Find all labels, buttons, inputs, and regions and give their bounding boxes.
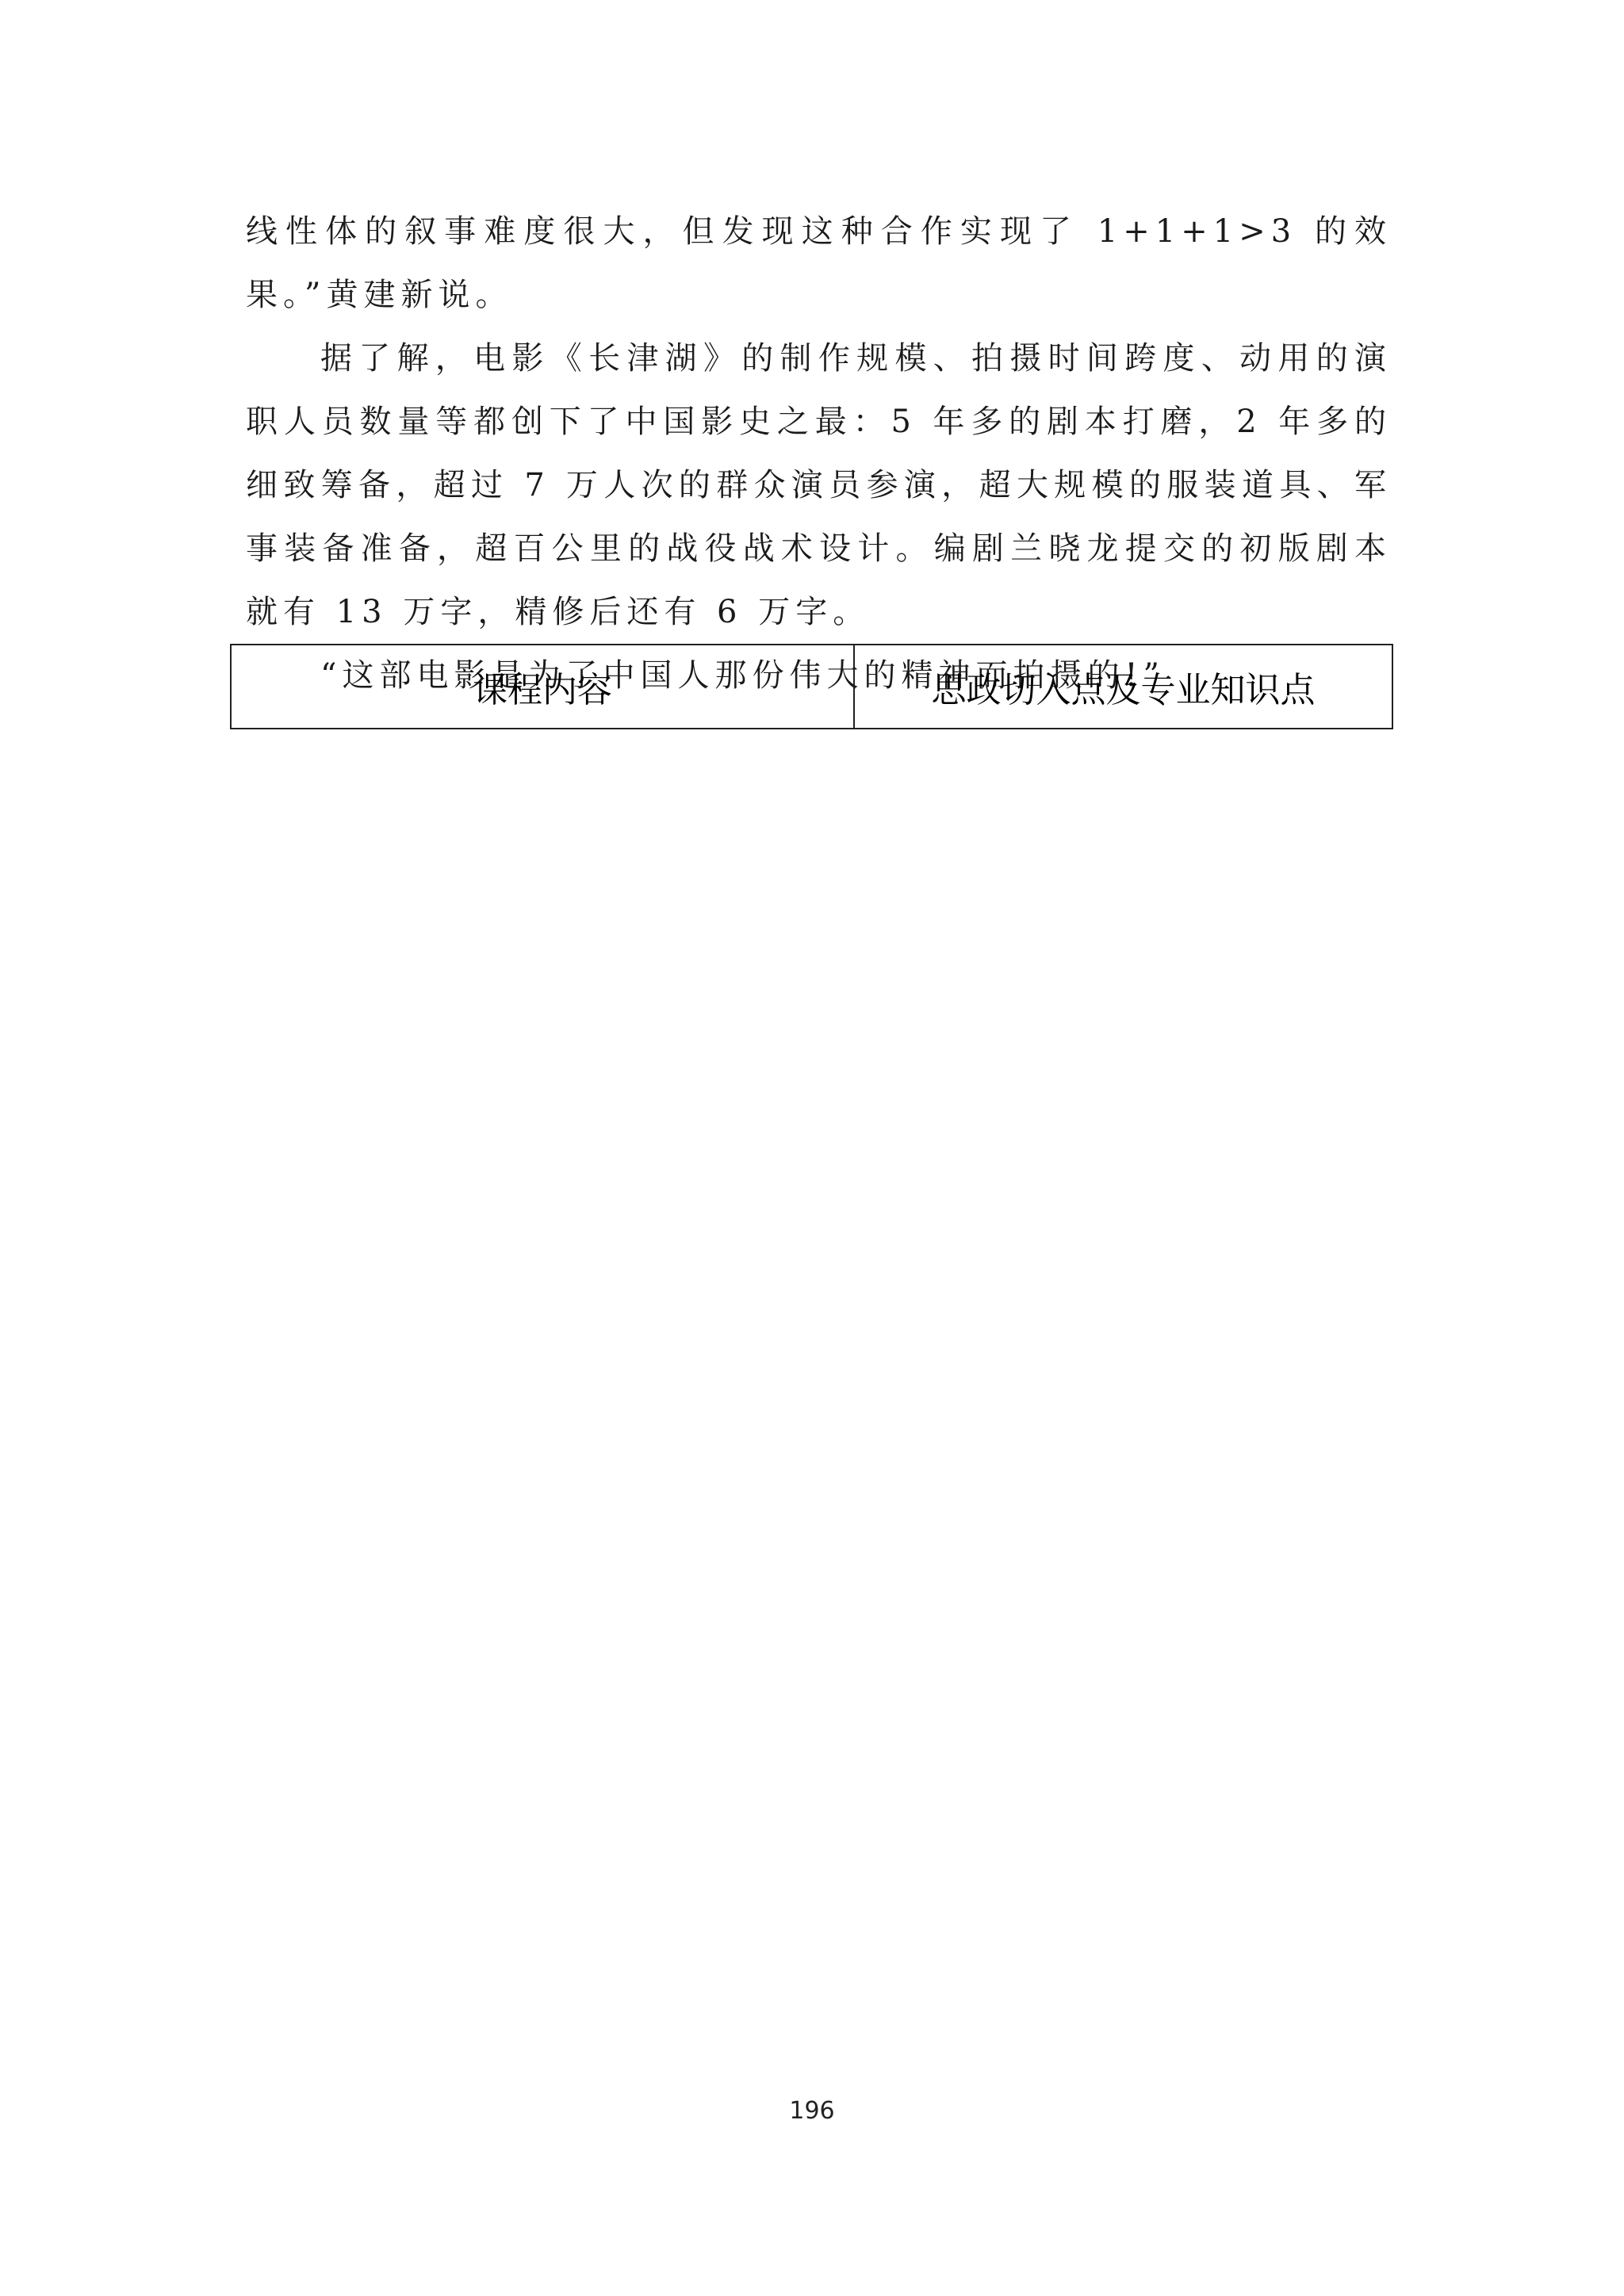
paragraph-continuation: 线性体的叙事难度很大，但发现这种合作实现了 1+1+1>3 的效果。”黄建新说。 bbox=[246, 200, 1392, 327]
body-text: 线性体的叙事难度很大，但发现这种合作实现了 1+1+1>3 的效果。”黄建新说。… bbox=[246, 200, 1392, 707]
page-number: 196 bbox=[0, 2097, 1624, 2125]
table-header-course-content: 课程内容 bbox=[232, 645, 855, 728]
course-table-header: 课程内容 思政切入点及专业知识点 bbox=[230, 644, 1393, 729]
document-page: 线性体的叙事难度很大，但发现这种合作实现了 1+1+1>3 的效果。”黄建新说。… bbox=[0, 0, 1624, 2296]
table-header-ideological-points: 思政切入点及专业知识点 bbox=[855, 645, 1392, 728]
paragraph-changjin-lake-production: 据了解，电影《长津湖》的制作规模、拍摄时间跨度、动用的演职人员数量等都创下了中国… bbox=[246, 327, 1392, 644]
